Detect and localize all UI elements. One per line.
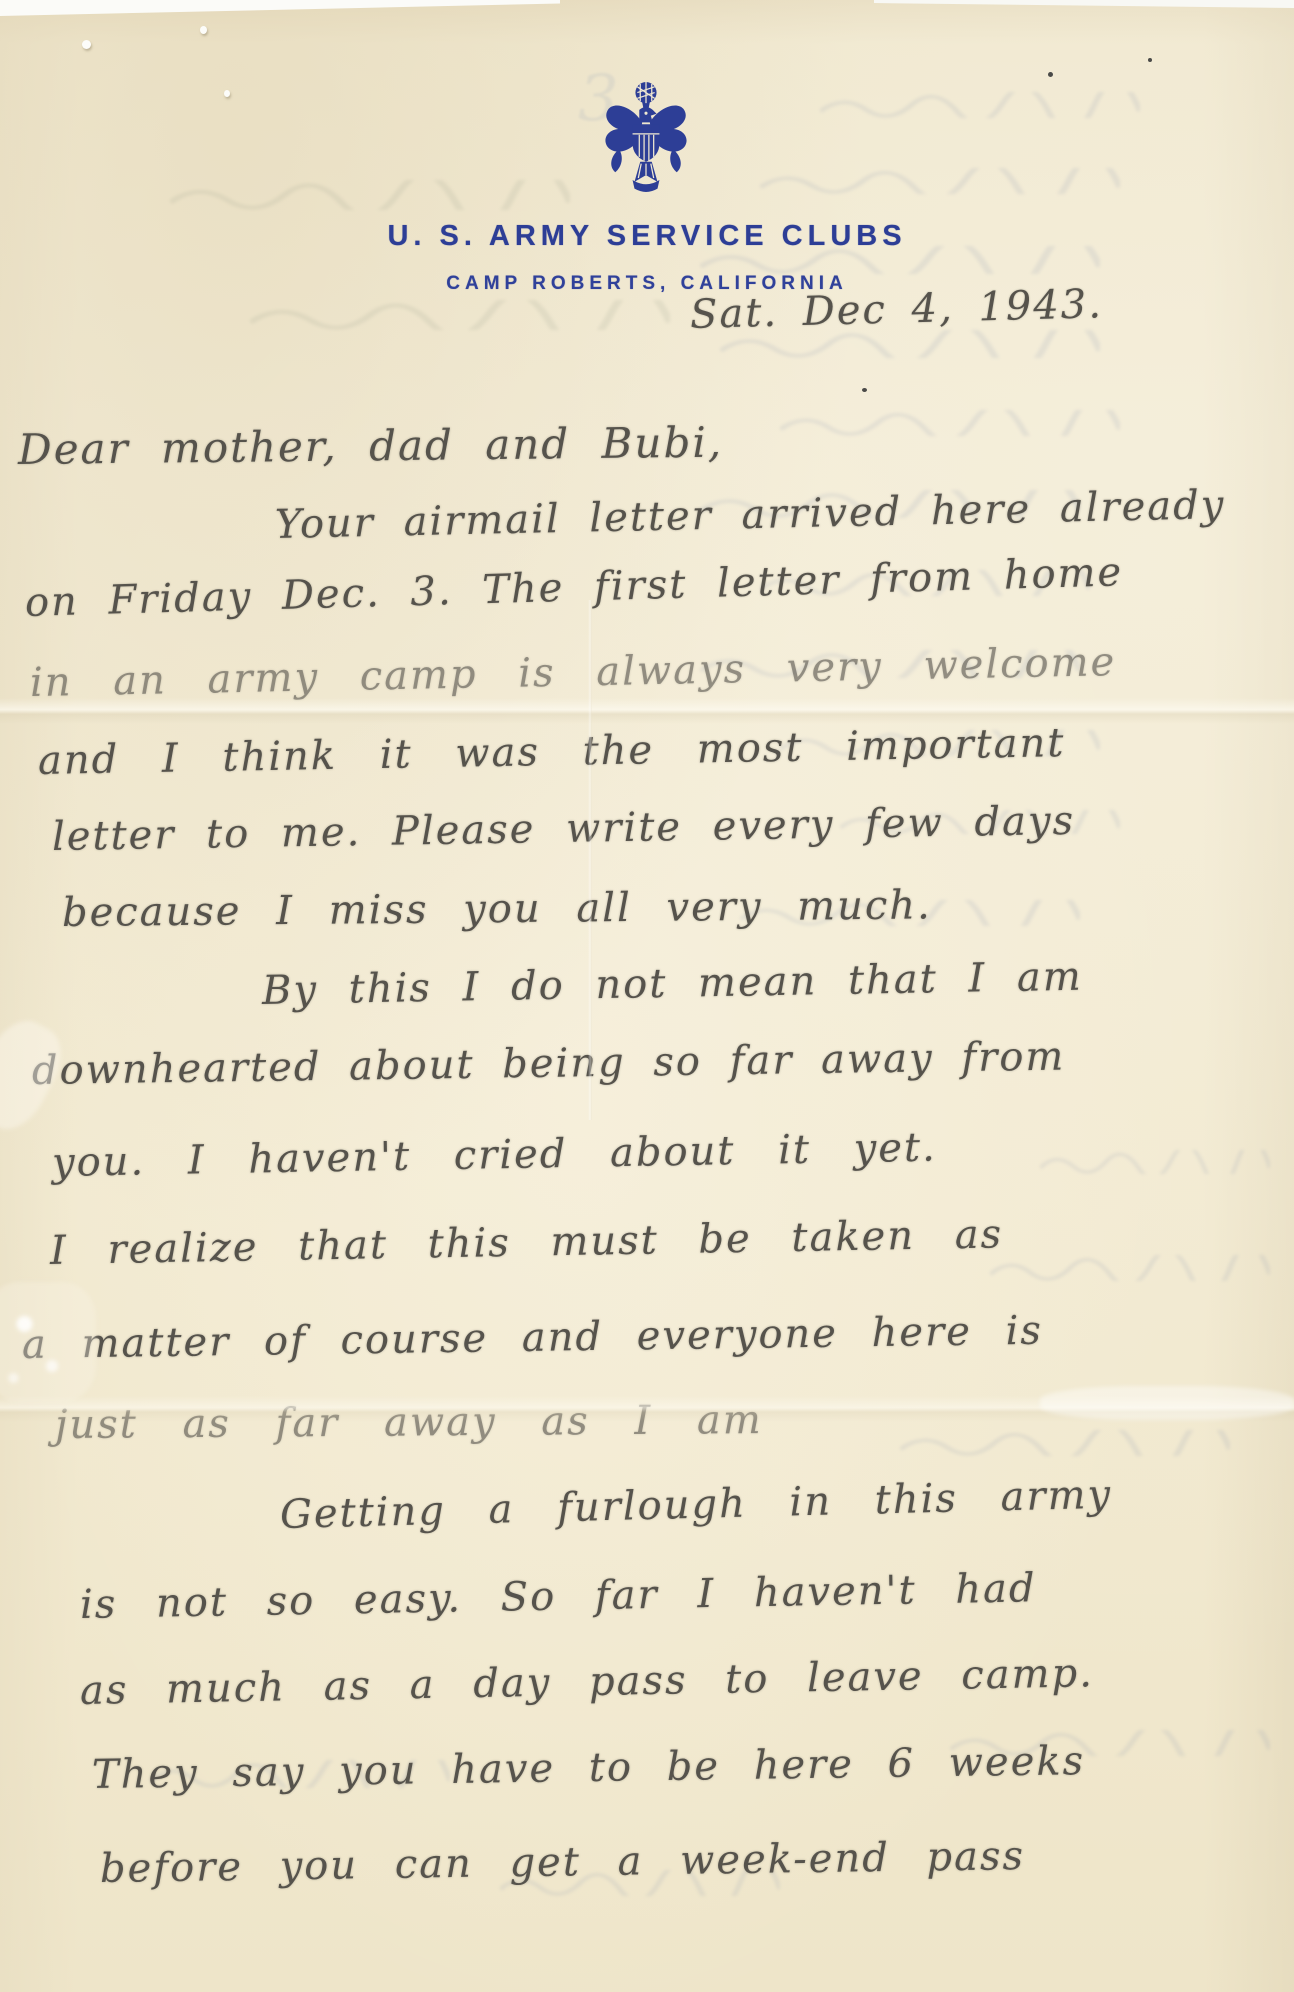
letter-salutation: Dear mother, dad and Bubi, <box>18 418 724 474</box>
paper-damage-speck <box>200 26 207 34</box>
paper-damage-speck <box>224 90 230 97</box>
handwriting-line: just as far away as I am <box>55 1397 763 1448</box>
dust-speck <box>1048 72 1053 77</box>
letter-scan: 3 <box>0 0 1294 1992</box>
paper-damage-speck <box>82 40 91 49</box>
us-army-eagle-seal-icon <box>598 80 694 205</box>
letterhead-title: U. S. ARMY SERVICE CLUBS <box>0 220 1294 253</box>
dust-speck <box>1148 58 1152 62</box>
letterhead-subtitle: CAMP ROBERTS, CALIFORNIA <box>0 273 1294 295</box>
dust-speck <box>862 388 867 392</box>
handwriting-line: because I miss you all very much. <box>62 882 932 936</box>
